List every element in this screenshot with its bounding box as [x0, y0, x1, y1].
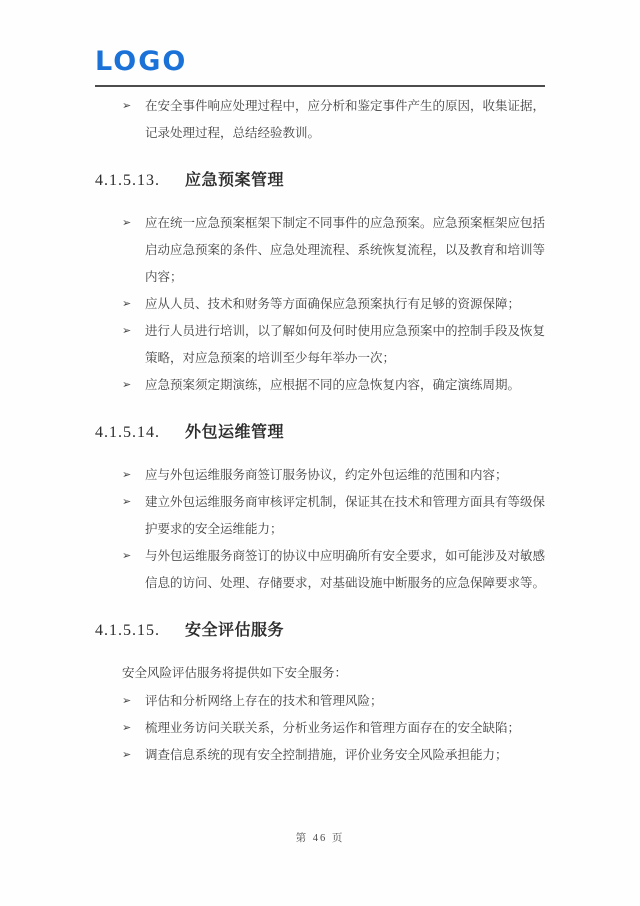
- bullet-arrow-icon: ➢: [122, 715, 145, 742]
- bullet-item: ➢ 建立外包运维服务商审核评定机制，保证其在技术和管理方面具有等级保护要求的安全…: [122, 489, 545, 543]
- bullet-text: 与外包运维服务商签订的协议中应明确所有安全要求，如可能涉及对敏感信息的访问、处理…: [145, 543, 545, 597]
- bullet-arrow-icon: ➢: [122, 372, 145, 399]
- section-number: 4.1.5.15.: [95, 619, 185, 643]
- document-body: ➢ 在安全事件响应处理过程中，应分析和鉴定事件产生的原因，收集证据，记录处理过程…: [95, 93, 545, 769]
- page-number: 第 46 页: [0, 830, 640, 845]
- bullet-text: 评估和分析网络上存在的技术和管理风险；: [145, 688, 545, 715]
- bullet-item: ➢ 进行人员进行培训，以了解如何及何时使用应急预案中的控制手段及恢复策略，对应急…: [122, 318, 545, 372]
- bullet-list: ➢ 评估和分析网络上存在的技术和管理风险； ➢ 梳理业务访问关联关系，分析业务运…: [122, 688, 545, 769]
- section-heading: 4.1.5.13. 应急预案管理: [95, 169, 545, 193]
- bullet-text: 应从人员、技术和财务等方面确保应急预案执行有足够的资源保障；: [145, 291, 545, 318]
- bullet-arrow-icon: ➢: [122, 318, 145, 345]
- bullet-list: ➢ 应在统一应急预案框架下制定不同事件的应急预案。应急预案框架应包括启动应急预案…: [122, 210, 545, 399]
- bullet-text: 在安全事件响应处理过程中，应分析和鉴定事件产生的原因，收集证据，记录处理过程，总…: [145, 93, 545, 147]
- bullet-arrow-icon: ➢: [122, 462, 145, 489]
- bullet-arrow-icon: ➢: [122, 93, 145, 120]
- section-number: 4.1.5.14.: [95, 421, 185, 445]
- bullet-arrow-icon: ➢: [122, 210, 145, 237]
- bullet-item: ➢ 调查信息系统的现有安全控制措施，评价业务安全风险承担能力；: [122, 742, 545, 769]
- bullet-item: ➢ 评估和分析网络上存在的技术和管理风险；: [122, 688, 545, 715]
- bullet-text: 建立外包运维服务商审核评定机制，保证其在技术和管理方面具有等级保护要求的安全运维…: [145, 489, 545, 543]
- bullet-item: ➢ 应急预案须定期演练，应根据不同的应急恢复内容，确定演练周期。: [122, 372, 545, 399]
- section-title: 应急预案管理: [185, 169, 284, 193]
- bullet-item: ➢ 应与外包运维服务商签订服务协议，约定外包运维的范围和内容；: [122, 462, 545, 489]
- document-page: LOGO ➢ 在安全事件响应处理过程中，应分析和鉴定事件产生的原因，收集证据，记…: [0, 0, 640, 906]
- logo: LOGO: [95, 47, 545, 77]
- bullet-text: 进行人员进行培训，以了解如何及何时使用应急预案中的控制手段及恢复策略，对应急预案…: [145, 318, 545, 372]
- section-title: 外包运维管理: [185, 421, 284, 445]
- bullet-item: ➢ 在安全事件响应处理过程中，应分析和鉴定事件产生的原因，收集证据，记录处理过程…: [122, 93, 545, 147]
- bullet-arrow-icon: ➢: [122, 688, 145, 715]
- bullet-text: 调查信息系统的现有安全控制措施，评价业务安全风险承担能力；: [145, 742, 545, 769]
- section-title: 安全评估服务: [185, 619, 284, 643]
- intro-bullet-list: ➢ 在安全事件响应处理过程中，应分析和鉴定事件产生的原因，收集证据，记录处理过程…: [122, 93, 545, 147]
- bullet-item: ➢ 应在统一应急预案框架下制定不同事件的应急预案。应急预案框架应包括启动应急预案…: [122, 210, 545, 291]
- bullet-item: ➢ 应从人员、技术和财务等方面确保应急预案执行有足够的资源保障；: [122, 291, 545, 318]
- bullet-item: ➢ 与外包运维服务商签订的协议中应明确所有安全要求，如可能涉及对敏感信息的访问、…: [122, 543, 545, 597]
- bullet-text: 应与外包运维服务商签订服务协议，约定外包运维的范围和内容；: [145, 462, 545, 489]
- page-header: LOGO: [95, 0, 545, 87]
- bullet-arrow-icon: ➢: [122, 489, 145, 516]
- bullet-text: 应在统一应急预案框架下制定不同事件的应急预案。应急预案框架应包括启动应急预案的条…: [145, 210, 545, 291]
- bullet-text: 应急预案须定期演练，应根据不同的应急恢复内容，确定演练周期。: [145, 372, 545, 399]
- bullet-arrow-icon: ➢: [122, 543, 145, 570]
- section-heading: 4.1.5.15. 安全评估服务: [95, 619, 545, 643]
- bullet-list: ➢ 应与外包运维服务商签订服务协议，约定外包运维的范围和内容； ➢ 建立外包运维…: [122, 462, 545, 597]
- document-section: 4.1.5.14. 外包运维管理 ➢ 应与外包运维服务商签订服务协议，约定外包运…: [95, 421, 545, 597]
- bullet-arrow-icon: ➢: [122, 291, 145, 318]
- bullet-arrow-icon: ➢: [122, 742, 145, 769]
- section-intro: 安全风险评估服务将提供如下安全服务：: [122, 660, 545, 687]
- document-section: 4.1.5.15. 安全评估服务 安全风险评估服务将提供如下安全服务： ➢ 评估…: [95, 619, 545, 769]
- section-number: 4.1.5.13.: [95, 169, 185, 193]
- bullet-text: 梳理业务访问关联关系，分析业务运作和管理方面存在的安全缺陷；: [145, 715, 545, 742]
- section-heading: 4.1.5.14. 外包运维管理: [95, 421, 545, 445]
- bullet-item: ➢ 梳理业务访问关联关系，分析业务运作和管理方面存在的安全缺陷；: [122, 715, 545, 742]
- document-section: 4.1.5.13. 应急预案管理 ➢ 应在统一应急预案框架下制定不同事件的应急预…: [95, 169, 545, 399]
